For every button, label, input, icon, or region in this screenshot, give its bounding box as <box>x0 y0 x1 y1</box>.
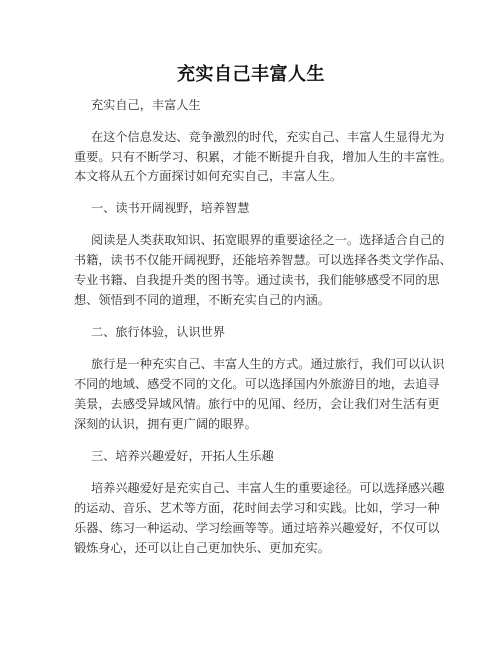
section-heading: 一、读书开阔视野，培养智慧 <box>91 199 249 216</box>
body-line: 乐器、练习一种运动、学习绘画等等。通过培养兴趣爱好，不仅可以 <box>74 519 440 536</box>
body-line: 美景，去感受异域风情。旅行中的见闻、经历，会让我们对生活有更 <box>74 395 440 412</box>
body-line: 不同的地域、感受不同的文化。可以选择国内外旅游目的地，去追寻 <box>74 375 440 392</box>
intro-line: 本文将从五个方面探讨如何充实自己，丰富人生。 <box>74 167 342 184</box>
section-heading: 三、培养兴趣爱好，开拓人生乐趣 <box>91 447 274 464</box>
document-title: 充实自己丰富人生 <box>0 60 502 86</box>
body-line: 阅读是人类获取知识、拓宽眼界的重要途径之一。选择适合自己的 <box>91 231 444 248</box>
body-line: 书籍，读书不仅能开阔视野，还能培养智慧。可以选择各类文学作品、 <box>74 251 452 268</box>
body-line: 专业书籍、自我提升类的图书等。通过读书，我们能够感受不同的思 <box>74 271 440 288</box>
body-line: 旅行是一种充实自己、丰富人生的方式。通过旅行，我们可以认识 <box>91 355 444 372</box>
body-line: 锻炼身心，还可以让自己更加快乐、更加充实。 <box>74 539 330 556</box>
body-line: 深刻的认识，拥有更广阔的眼界。 <box>74 415 257 432</box>
body-line: 培养兴趣爱好是充实自己、丰富人生的重要途径。可以选择感兴趣 <box>91 479 444 496</box>
body-line: 想、领悟到不同的道理，不断充实自己的内涵。 <box>74 291 330 308</box>
body-line: 的运动、音乐、艺术等方面，花时间去学习和实践。比如，学习一种 <box>74 499 440 516</box>
intro-line: 在这个信息发达、竞争激烈的时代，充实自己、丰富人生显得尤为 <box>91 128 444 145</box>
section-heading: 二、旅行体验，认识世界 <box>91 323 225 340</box>
subtitle: 充实自己，丰富人生 <box>91 96 201 113</box>
intro-line: 重要。只有不断学习、积累，才能不断提升自我，增加人生的丰富性。 <box>74 148 452 165</box>
